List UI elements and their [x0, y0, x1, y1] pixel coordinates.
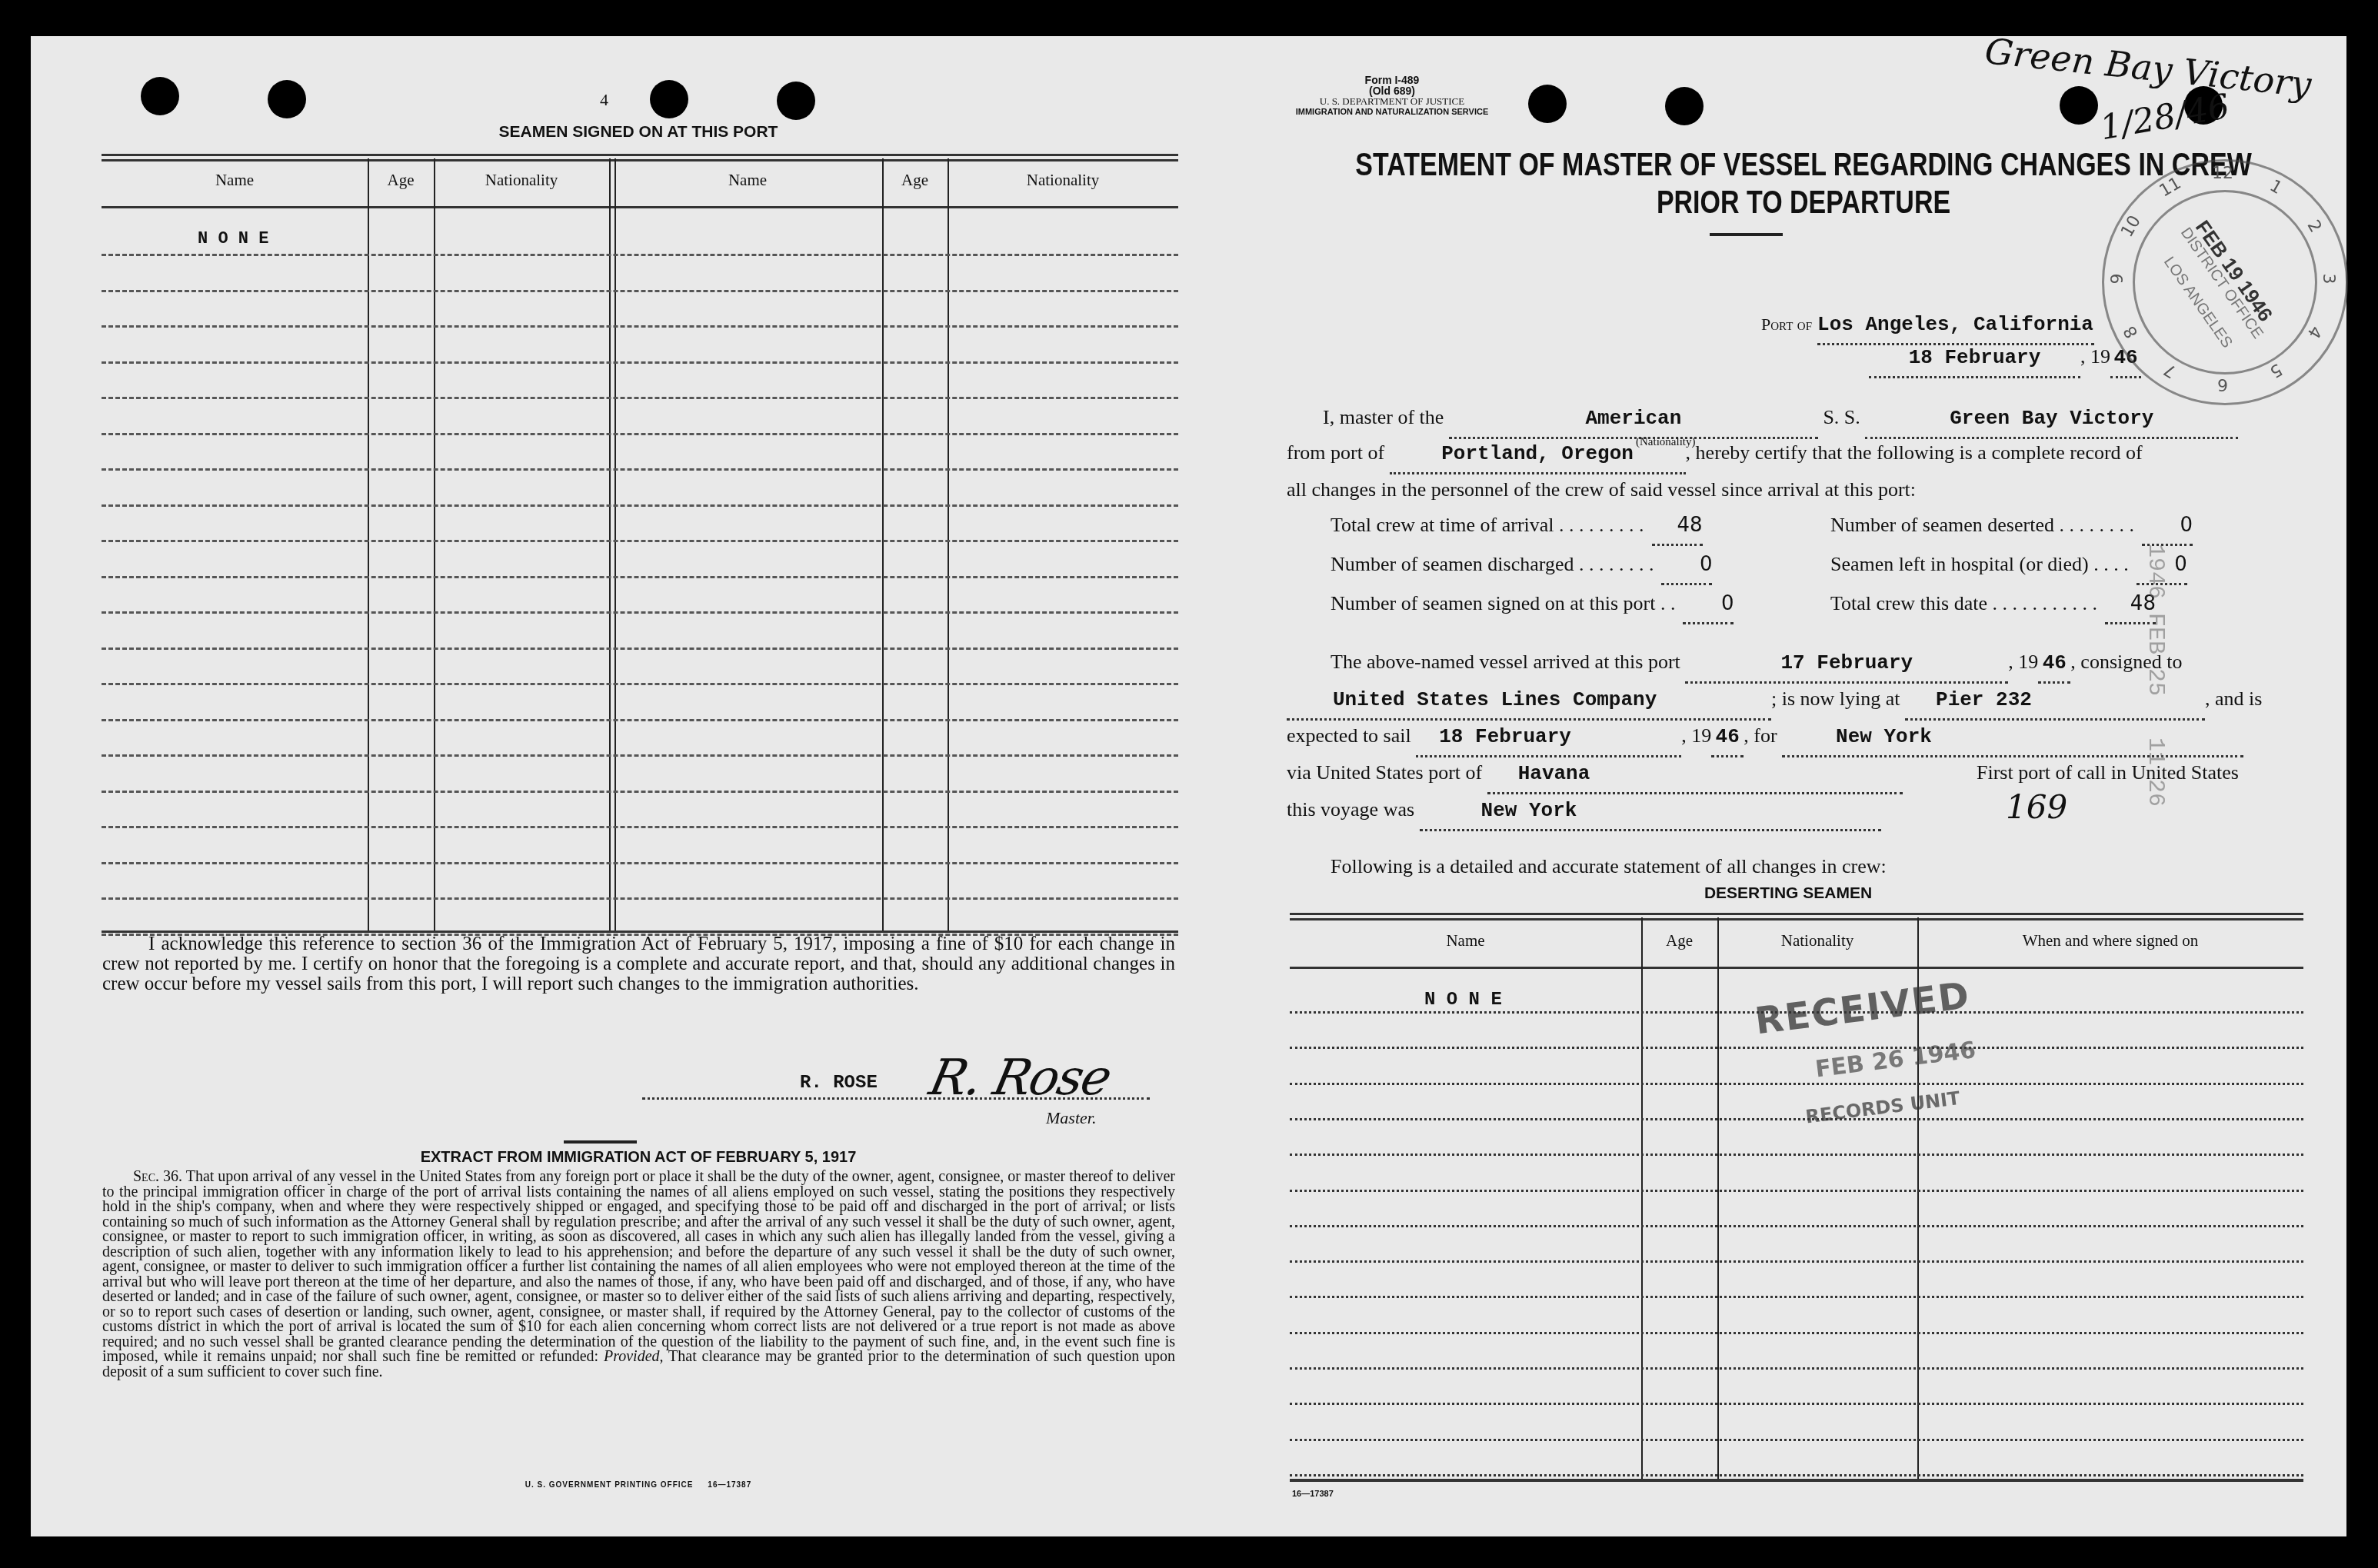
table-top-rule	[102, 154, 1178, 161]
signed-on-title: SEAMEN SIGNED ON AT THIS PORT	[100, 123, 1177, 141]
page-number: 4	[600, 90, 608, 110]
column-header-age: Age	[368, 171, 434, 190]
table-row	[1290, 1225, 2303, 1227]
table-bottom-rule	[1290, 1479, 2303, 1482]
signed-on-table: Name Age Nationality Name Age Nationalit…	[102, 154, 1178, 938]
first-port-field[interactable]: New York	[1420, 792, 1881, 831]
from-port-field[interactable]: Portland, Oregon	[1390, 435, 1686, 474]
table-row	[1290, 1367, 2303, 1370]
header-rule	[1290, 967, 2303, 969]
printer-footer: U. S. GOVERNMENT PRINTING OFFICE 16—1738…	[100, 1481, 1177, 1490]
certify-line2: all changes in the personnel of the crew…	[1287, 471, 1916, 508]
from-port-label: from port of	[1287, 441, 1384, 464]
punch-hole	[2060, 86, 2098, 125]
table-row	[102, 361, 1178, 364]
sail-line: expected to sail 18 February, 1946, for …	[1287, 717, 2243, 757]
stamp-ring-number: 6	[2212, 375, 2233, 394]
table-row	[102, 397, 1178, 399]
document-paper: 4 SEAMEN SIGNED ON AT THIS PORT Name Age…	[31, 36, 2346, 1536]
destination-field[interactable]: New York	[1782, 718, 2243, 757]
following-text: Following is a detailed and accurate sta…	[1331, 848, 1887, 885]
table-row	[102, 290, 1178, 292]
crew-stat-label: Seamen left in hospital (or died) . . . …	[1830, 546, 2129, 583]
divider-rule	[564, 1140, 637, 1144]
table-row	[102, 504, 1178, 507]
vessel-name-field[interactable]: Green Bay Victory	[1865, 400, 2238, 439]
typed-master-name: R. ROSE	[800, 1073, 878, 1094]
crew-stat-item: Number of seamen deserted . . . . . . . …	[1830, 507, 2307, 546]
table-row	[102, 468, 1178, 471]
table-row	[102, 791, 1178, 793]
crew-stat-item: Seamen left in hospital (or died) . . . …	[1830, 546, 2307, 585]
crew-stat-label: Total crew at time of arrival . . . . . …	[1331, 507, 1644, 544]
master-caption: Master.	[1046, 1108, 1096, 1128]
extract-title: EXTRACT FROM IMMIGRATION ACT OF FEBRUARY…	[100, 1149, 1177, 1167]
arrival-line: The above-named vessel arrived at this p…	[1331, 644, 2183, 684]
crew-stat-label: Total crew this date . . . . . . . . . .…	[1830, 585, 2097, 622]
crew-stat-label: Number of seamen deserted . . . . . . . …	[1830, 507, 2134, 544]
column-divider	[1717, 917, 1719, 1479]
handwritten-date-note: 1/28/46	[2097, 87, 2233, 148]
stamped-number: 169	[2006, 788, 2067, 826]
table-entry-none: N O N E	[1424, 990, 1502, 1010]
date-line: 18 February, 1946	[1869, 338, 2141, 378]
column-header-name: Name	[1290, 931, 1641, 950]
table-row	[102, 754, 1178, 757]
stamp-ring-number: 3	[2319, 268, 2338, 290]
table-row	[102, 325, 1178, 328]
table-row	[1290, 1403, 2303, 1405]
table-row	[1290, 1296, 2303, 1298]
vertical-time-stamp: 1946 FEB 25 11 26	[2142, 544, 2168, 807]
lying-label: ; is now lying at	[1771, 687, 1900, 710]
certify-text: , hereby certify that the following is a…	[1686, 441, 2143, 464]
via-port-field[interactable]: Havana	[1487, 755, 1903, 794]
via-line: via United States port of Havana	[1287, 754, 1903, 794]
column-divider-double	[609, 158, 616, 930]
column-header-name: Name	[102, 171, 368, 190]
table-row	[102, 683, 1178, 685]
stamp-ring-number: 9	[2108, 268, 2127, 290]
arrival-year-prefix: , 19	[2008, 651, 2038, 673]
extract-body: That upon arrival of any vessel in the U…	[102, 1168, 1175, 1365]
handwritten-vessel-note: Green Bay Victory	[1983, 30, 2313, 105]
circular-date-stamp: 121234567891011 FEB 19 1946 DISTRICT OFF…	[2102, 159, 2348, 405]
punch-hole	[268, 80, 306, 118]
voyage-line: this voyage was New York	[1287, 791, 1881, 831]
column-header-when-where: When and where signed on	[1917, 931, 2303, 950]
department-name: U. S. DEPARTMENT OF JUSTICE	[1231, 96, 1554, 107]
table-row	[1290, 1439, 2303, 1441]
column-header-name: Name	[613, 171, 882, 190]
table-row	[1290, 1474, 2303, 1476]
table-row	[102, 576, 1178, 578]
column-divider	[368, 158, 369, 930]
table-row	[1290, 1154, 2303, 1156]
sail-year-prefix: , 19	[1681, 724, 1711, 747]
voyage-label: this voyage was	[1287, 798, 1414, 821]
via-label: via United States port of	[1287, 761, 1482, 784]
acknowledgement-text: I acknowledge this reference to section …	[102, 934, 1175, 994]
table-row	[102, 433, 1178, 435]
form-number: Form I-489	[1231, 75, 1554, 85]
crew-stat-item: Total crew this date . . . . . . . . . .…	[1830, 585, 2307, 624]
crew-stat-label: Number of seamen discharged . . . . . . …	[1331, 546, 1654, 583]
extract-text: Sec. 36. That upon arrival of any vessel…	[102, 1170, 1175, 1380]
table-row	[102, 611, 1178, 614]
column-divider	[882, 158, 884, 930]
punch-hole	[1665, 87, 1704, 125]
crew-stat-value[interactable]: 0	[1661, 546, 1712, 585]
table-row	[1290, 1190, 2303, 1192]
table-row	[102, 254, 1178, 256]
column-header-age: Age	[1641, 931, 1717, 950]
deserting-title: DESERTING SEAMEN	[1277, 884, 2300, 903]
form-old-number: (Old 689)	[1231, 85, 1554, 96]
table-row	[1290, 1260, 2303, 1263]
column-header-nationality: Nationality	[948, 171, 1178, 190]
sail-date-field[interactable]: 18 February	[1416, 718, 1681, 757]
report-date-field[interactable]: 18 February	[1869, 339, 2080, 378]
crew-stat-item: Number of seamen signed on at this port …	[1331, 585, 1807, 624]
sail-label: expected to sail	[1287, 724, 1411, 747]
column-header-nationality: Nationality	[434, 171, 609, 190]
stamp-ring-number: 12	[2212, 164, 2233, 183]
and-is-label: , and is	[2205, 687, 2262, 710]
service-name: Immigration and Naturalization Service	[1231, 107, 1554, 118]
punch-hole	[650, 80, 688, 118]
extract-provided: Provided,	[604, 1348, 664, 1365]
handwritten-signature: R. Rose	[924, 1050, 1115, 1107]
first-port-label: First port of call in United States	[1977, 754, 2239, 791]
crew-stat-value[interactable]: 48	[1652, 507, 1703, 546]
table-row	[102, 826, 1178, 828]
nationality-field[interactable]: American	[1449, 400, 1818, 439]
form-header: Form I-489 (Old 689) U. S. DEPARTMENT OF…	[1231, 75, 1554, 118]
ss-label: S. S.	[1823, 406, 1860, 428]
table-row	[102, 719, 1178, 721]
column-divider	[948, 158, 949, 930]
table-top-rule	[1290, 913, 2303, 920]
from-port-line: from port of Portland, Oregon, hereby ce…	[1287, 434, 2143, 474]
table-row	[1290, 1332, 2303, 1334]
arrival-label: The above-named vessel arrived at this p…	[1331, 651, 1680, 673]
sail-year-field[interactable]: 46	[1711, 718, 1744, 757]
crew-stat-item: Total crew at time of arrival . . . . . …	[1331, 507, 1807, 546]
column-divider	[434, 158, 435, 930]
crew-stat-value[interactable]: 0	[2142, 507, 2193, 546]
master-line: I, master of the American S. S. Green Ba…	[1323, 399, 2238, 439]
consignee-field[interactable]: United States Lines Company	[1287, 681, 1771, 721]
table-row	[102, 648, 1178, 650]
received-date: FEB 26 1946	[1813, 1027, 2053, 1084]
form-footer-code: 16—17387	[1292, 1490, 1334, 1499]
crew-stat-label: Number of seamen signed on at this port …	[1331, 585, 1675, 622]
column-divider	[1641, 917, 1643, 1479]
table-row	[102, 897, 1178, 900]
for-label: , for	[1744, 724, 1777, 747]
crew-stat-item: Number of seamen discharged . . . . . . …	[1331, 546, 1807, 585]
table-entry-none: N O N E	[198, 229, 268, 248]
title-rule	[1710, 233, 1783, 236]
table-row	[102, 862, 1178, 864]
header-rule	[102, 206, 1178, 208]
column-header-age: Age	[882, 171, 948, 190]
column-header-nationality: Nationality	[1717, 931, 1917, 950]
consignee-line: United States Lines Company; is now lyin…	[1287, 681, 2262, 721]
arrival-date-field[interactable]: 17 February	[1685, 644, 2008, 684]
arrival-year-field[interactable]: 46	[2038, 644, 2070, 684]
crew-stat-value[interactable]: 0	[1683, 585, 1734, 624]
punch-hole	[141, 77, 179, 115]
port-label: Port of	[1761, 315, 1812, 334]
master-label: I, master of the	[1323, 406, 1444, 428]
table-row	[102, 540, 1178, 542]
punch-hole	[777, 82, 815, 120]
